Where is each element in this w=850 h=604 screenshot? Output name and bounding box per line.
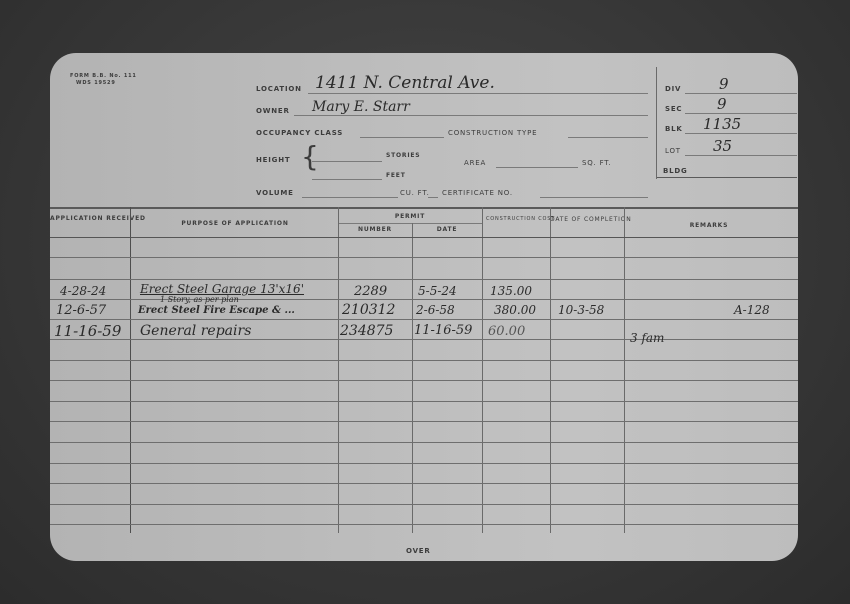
div-value: 9 bbox=[719, 75, 729, 93]
cell-number: 2289 bbox=[354, 284, 387, 299]
cell-received: 4-28-24 bbox=[60, 284, 106, 298]
cell-date: 5-5-24 bbox=[418, 284, 457, 298]
occupancy-label: OCCUPANCY CLASS bbox=[256, 129, 343, 137]
sec-label: SEC bbox=[665, 105, 682, 113]
cell-received: 11-16-59 bbox=[54, 322, 121, 340]
location-value: 1411 N. Central Ave. bbox=[315, 73, 495, 93]
certificate-label: CERTIFICATE NO. bbox=[442, 189, 513, 197]
col-completion-header: DATE OF COMPLETION bbox=[550, 215, 624, 224]
col-date-header: DATE bbox=[412, 225, 482, 234]
area-label: AREA bbox=[464, 159, 486, 167]
permit-table: APPLICATION RECEIVED PURPOSE OF APPLICAT… bbox=[50, 207, 798, 537]
volume-label: VOLUME bbox=[256, 189, 294, 197]
col-number-header: NUMBER bbox=[338, 225, 412, 234]
brace-icon: { bbox=[301, 143, 319, 171]
cell-received: 12-6-57 bbox=[56, 303, 106, 318]
sec-value: 9 bbox=[717, 95, 727, 113]
cell-date: 2-6-58 bbox=[416, 303, 455, 317]
construction-type-label: CONSTRUCTION TYPE bbox=[448, 129, 537, 137]
stories-label: STORIES bbox=[386, 152, 420, 159]
form-number: FORM B.B. No. 111 WDS 19529 bbox=[70, 73, 137, 87]
over-label: OVER bbox=[406, 547, 431, 555]
cell-completion: 10-3-58 bbox=[558, 303, 604, 317]
bldg-label: BLDG bbox=[663, 167, 688, 175]
cell-purpose-note: 1 Story, as per plan bbox=[160, 295, 239, 304]
feet-label: FEET bbox=[386, 172, 406, 179]
cell-purpose: Erect Steel Garage 13'x16' bbox=[140, 282, 304, 296]
cell-cost: 60.00 bbox=[488, 324, 525, 339]
form-number-text: FORM B.B. No. 111 bbox=[70, 73, 137, 80]
height-label: HEIGHT bbox=[256, 156, 290, 164]
cell-number: 234875 bbox=[340, 323, 393, 339]
lot-value: 35 bbox=[713, 137, 732, 155]
col-permit-header: PERMIT bbox=[338, 212, 482, 221]
cell-cost: 380.00 bbox=[494, 303, 536, 317]
sqft-label: SQ. FT. bbox=[582, 159, 612, 167]
cell-date: 11-16-59 bbox=[414, 323, 472, 338]
blk-label: BLK bbox=[665, 125, 683, 133]
lot-label: LOT bbox=[665, 147, 681, 155]
col-received-header: APPLICATION RECEIVED bbox=[50, 214, 130, 223]
cell-extra: 3 fam bbox=[630, 331, 664, 345]
cuft-label: CU. FT. bbox=[400, 189, 430, 197]
div-label: DIV bbox=[665, 85, 681, 93]
blk-value: 1135 bbox=[703, 115, 741, 133]
owner-value: Mary E. Starr bbox=[312, 99, 410, 115]
col-remarks-header: REMARKS bbox=[624, 221, 794, 230]
col-cost-header: CONSTRUCTION COST bbox=[486, 215, 542, 224]
cell-number: 210312 bbox=[342, 302, 395, 318]
col-purpose-header: PURPOSE OF APPLICATION bbox=[132, 219, 338, 228]
location-label: LOCATION bbox=[256, 85, 302, 93]
form-code-text: WDS 19529 bbox=[70, 80, 137, 87]
permit-record-card: FORM B.B. No. 111 WDS 19529 LOCATION 141… bbox=[50, 53, 798, 561]
cell-purpose: Erect Steel Fire Escape & ... bbox=[138, 305, 295, 316]
cell-cost: 135.00 bbox=[490, 284, 532, 298]
cell-purpose: General repairs bbox=[140, 323, 251, 339]
owner-label: OWNER bbox=[256, 107, 290, 115]
cell-remarks: A-128 bbox=[734, 303, 770, 317]
lot-info-box: DIV 9 SEC 9 BLK 1135 LOT 35 BLDG bbox=[656, 67, 797, 179]
